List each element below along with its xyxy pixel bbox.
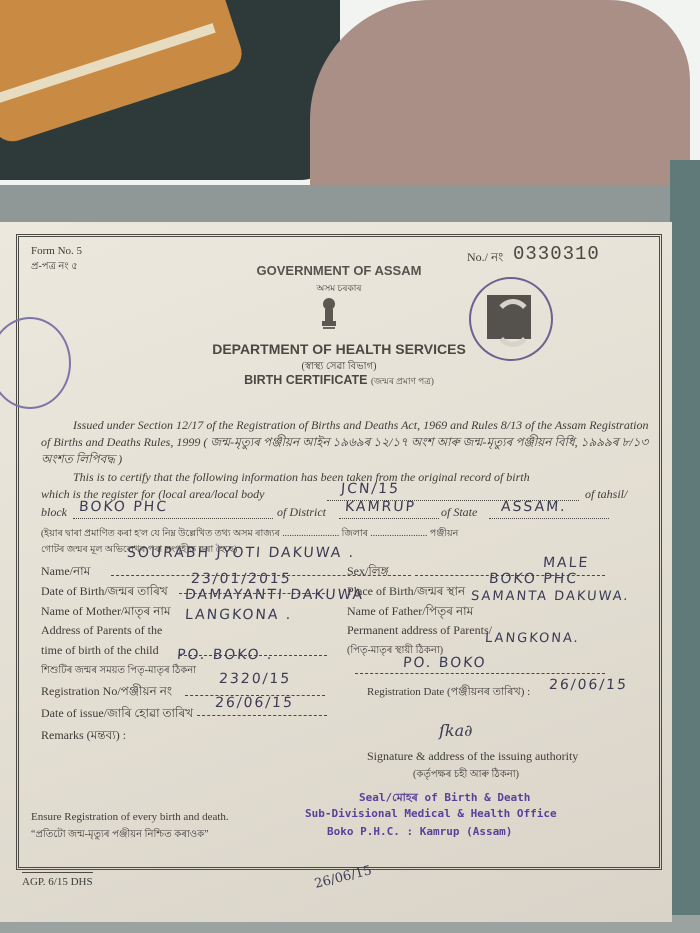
district-line xyxy=(339,518,439,519)
remarks-label: Remarks (মন্তব্য) : xyxy=(41,727,126,747)
certificate-title: BIRTH CERTIFICATE (জন্মৰ প্ৰমাণ পত্ৰ) xyxy=(19,373,659,389)
tahsil-label: of tahsil/ xyxy=(585,487,627,502)
dob-label: Date of Birth/জন্মৰ তাৰিখ xyxy=(41,583,168,603)
permanent-address-label: Permanent address of Parents/ xyxy=(347,623,492,638)
address-at-birth-value-2: PO. BOKO . xyxy=(176,647,274,663)
authority-signature: ſka∂ xyxy=(439,721,472,740)
mother-value: DAMAYANTI DAKUWA xyxy=(184,587,364,603)
mother-label: Name of Mother/মাতৃৰ নাম xyxy=(41,603,171,623)
government-heading-bn: অসম চৰকাৰ xyxy=(19,281,659,296)
national-emblem-icon xyxy=(319,297,339,331)
state-line xyxy=(489,518,609,519)
father-value: SAMANTA DAKUWA. xyxy=(470,589,630,604)
birth-certificate: Form No. 5 প্ৰ-পত্ৰ নং ৫ No./ নং 0330310… xyxy=(0,222,672,922)
ensure-registration-note-bn: “প্ৰতিটো জন্ম-মৃত্যুৰ পঞ্জীয়ন নিশ্চিত ক… xyxy=(31,827,209,844)
sex-value: MALE xyxy=(542,555,589,571)
name-label: Name/নাম xyxy=(41,563,90,583)
issued-under-text: Issued under Section 12/17 of the Regist… xyxy=(41,417,651,468)
seal-line-3: Boko P.H.C. : Kamrup (Assam) xyxy=(327,825,512,838)
issue-date-line xyxy=(197,715,327,716)
place-of-birth-label: Place of Birth/জন্মৰ স্থান xyxy=(347,583,465,603)
dob-value: 23/01/2015 xyxy=(190,571,292,587)
ensure-registration-note: Ensure Registration of every birth and d… xyxy=(31,811,229,823)
form-number: Form No. 5 xyxy=(31,245,82,257)
local-body-value: JCN/15 xyxy=(340,481,400,497)
permanent-address-line xyxy=(355,673,605,674)
registration-date-label: Registration Date (পঞ্জীয়নৰ তাৰিখ) : xyxy=(367,683,530,702)
block-line xyxy=(73,518,273,519)
sex-label: Sex/লিঙ্গ xyxy=(347,563,389,583)
name-value: SOURABH JYOTI DAKUWA . xyxy=(126,545,355,561)
address-at-birth-value-1: LANGKONA . xyxy=(184,607,293,623)
government-heading: GOVERNMENT OF ASSAM xyxy=(19,263,659,278)
left-round-stamp xyxy=(0,317,71,409)
state-value: ASSAM. xyxy=(500,499,567,515)
seal-line-1: Seal/মোহৰ of Birth & Death xyxy=(359,789,530,808)
signature-label: Signature & address of the issuing autho… xyxy=(367,749,578,764)
registration-date-value: 26/06/15 xyxy=(548,677,628,693)
address-parents-label-1: Address of Parents of the xyxy=(41,623,162,638)
place-of-birth-value: BOKO PHC xyxy=(488,571,578,587)
father-label: Name of Father/পিতৃৰ নাম xyxy=(347,603,473,623)
district-value: KAMRUP xyxy=(344,499,416,515)
certificate-title-en: BIRTH CERTIFICATE xyxy=(244,373,367,387)
seal-line-2: Sub-Divisional Medical & Health Office xyxy=(305,807,557,820)
permanent-address-value-2: PO. BOKO xyxy=(402,655,487,671)
background-right xyxy=(670,160,700,933)
print-code: AGP. 6/15 DHS xyxy=(22,872,93,888)
block-label: block xyxy=(41,505,67,520)
block-value: BOKO PHC xyxy=(78,499,168,515)
issue-date-value: 26/06/15 xyxy=(214,695,294,711)
certificate-title-bn: (জন্মৰ প্ৰমাণ পত্ৰ) xyxy=(371,376,434,386)
stamp-swirl-icon xyxy=(493,299,533,347)
registration-no-label: Registration No/পঞ্জীয়ন নং xyxy=(41,683,172,703)
signature-label-bn: (কর্তৃপক্ষৰ চহী আৰু ঠিকনা) xyxy=(413,767,519,784)
permanent-address-value-1: LANGKONA. xyxy=(484,631,580,646)
certificate-border: Form No. 5 প্ৰ-পত্ৰ নং ৫ No./ নং 0330310… xyxy=(16,234,662,870)
laminate-edge xyxy=(0,185,700,225)
person-hand xyxy=(310,0,690,190)
certificate-number: 0330310 xyxy=(513,243,600,265)
issue-date-label: Date of issue/জাৰি হোৱা তাৰিখ xyxy=(41,705,193,725)
department-heading: DEPARTMENT OF HEALTH SERVICES xyxy=(19,341,659,357)
address-parents-label-2: time of birth of the child xyxy=(41,643,159,658)
registration-no-value: 2320/15 xyxy=(218,671,291,687)
district-label: of District xyxy=(277,505,326,520)
phc-round-stamp xyxy=(469,277,553,361)
address-parents-label-bn: শিশুটিৰ জন্মৰ সময়ত পিতৃ-মাতৃৰ ঠিকনা xyxy=(41,663,196,680)
state-label: of State xyxy=(441,505,477,520)
certify-bn-line-1: (ইয়াৰ দ্বাৰা প্ৰমাণিত কৰা হ'ল যে নিম্ন … xyxy=(41,527,458,542)
